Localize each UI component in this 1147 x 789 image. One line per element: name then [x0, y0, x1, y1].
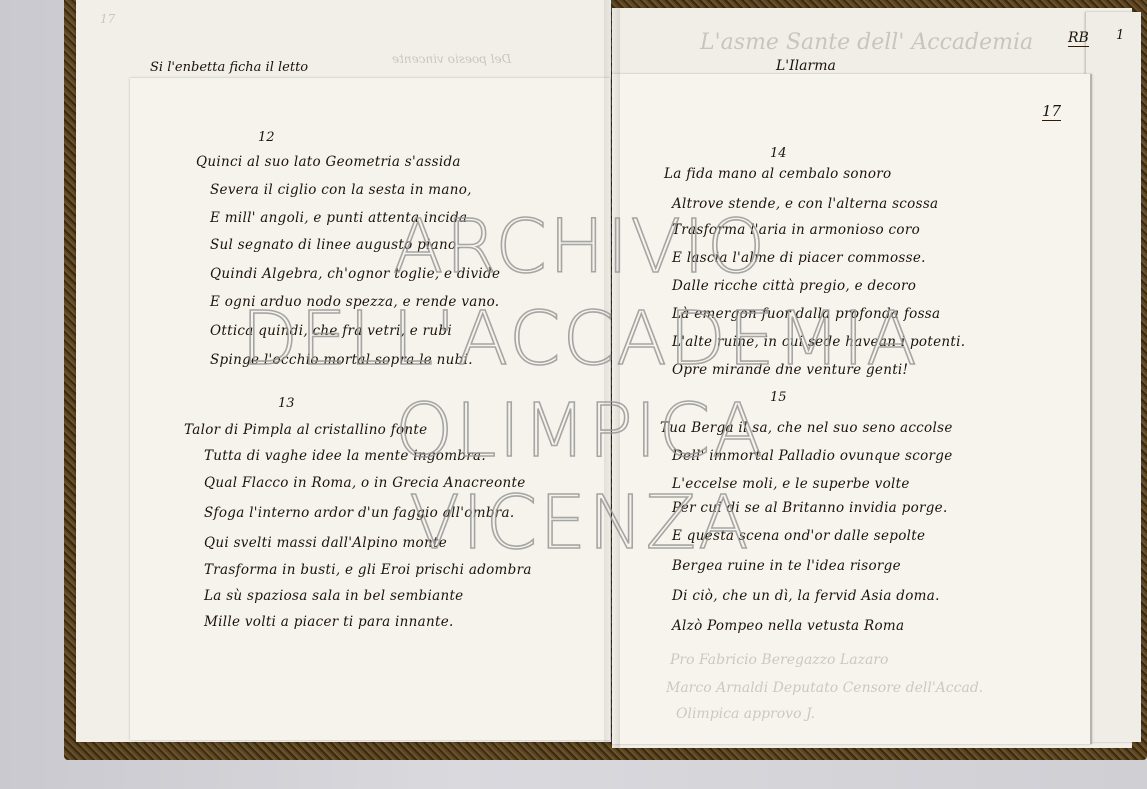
verse-line: L'alte ruine, in cui sede havean i poten… [672, 334, 965, 350]
verse-line: E mill' angoli, e punti attenta incida [210, 210, 467, 226]
verse-line: Bergea ruine in te l'idea risorge [672, 558, 901, 574]
verse-line: Alzò Pompeo nella vetusta Roma [672, 618, 904, 634]
verse-line: Ottica quindi, che fra vetri, e rubi [210, 323, 452, 339]
approval-note-line: Marco Arnaldi Deputato Censore dell'Acca… [666, 680, 983, 696]
stanza-number: 14 [770, 146, 787, 161]
verse-line: Opre mirande dne venture genti! [672, 362, 908, 378]
stanza-number: 13 [278, 396, 295, 411]
verse-line: Altrove stende, e con l'alterna scossa [672, 196, 938, 212]
verse-line: Trasforma in busti, e gli Eroi prischi a… [204, 562, 532, 578]
left-corner-mark: 17 [100, 12, 115, 26]
left-header-note: Si l'enbetta ficha il letto [150, 60, 308, 75]
verse-line: La sù spaziosa sala in bel sembiante [204, 588, 463, 604]
verse-line: E lascia l'alme di piacer commosse. [672, 250, 926, 266]
verse-line: Tua Berga il sa, che nel suo seno accols… [660, 420, 953, 436]
left-front-page [130, 78, 610, 740]
verse-line: Dalle ricche città pregio, e decoro [672, 278, 916, 294]
verse-line: Quindi Algebra, ch'ognor toglie, e divid… [210, 266, 500, 282]
approval-note-line: Olimpica approvo J. [676, 706, 815, 722]
folio-number: 17 [1042, 102, 1061, 121]
right-corner-mark: RB [1068, 30, 1089, 47]
verse-line: Qual Flacco in Roma, o in Grecia Anacreo… [204, 475, 526, 491]
verse-line: Dell' immortal Palladio ovunque scorge [672, 448, 952, 464]
verse-line: Sfoga l'interno ardor d'un faggio all'om… [204, 505, 514, 521]
right-faint-header: L'asme Sante dell' Accademia [700, 30, 1033, 55]
stanza-number: 15 [770, 390, 787, 405]
verse-line: Trasforma l'aria in armonioso coro [672, 222, 920, 238]
verse-line: Talor di Pimpla al cristallino fonte [184, 422, 427, 438]
right-edge-leaves [1085, 12, 1141, 742]
verse-line: Per cui di se al Britanno invidia porge. [672, 500, 948, 516]
verse-line: Tutta di vaghe idee la mente ingombra. [204, 448, 486, 464]
stanza-number: 12 [258, 130, 275, 145]
verse-line: Sul segnato di linee augusto piano. [210, 237, 461, 253]
verse-line: E questa scena ond'or dalle sepolte [672, 528, 925, 544]
edge-mark: 1 [1116, 28, 1124, 43]
left-faint-header: Del poesio vincente [392, 52, 511, 66]
verse-line: La fida mano al cembalo sonoro [664, 166, 891, 182]
right-header-title: L'Ilarma [776, 58, 836, 74]
verse-line: Mille volti a piacer ti para innante. [204, 614, 454, 630]
verse-line: Spinge l'occhio mortal sopra le nubi. [210, 352, 473, 368]
approval-note-line: Pro Fabricio Beregazzo Lazaro [670, 652, 888, 668]
verse-line: Di ciò, che un dì, la fervid Asia doma. [672, 588, 940, 604]
verse-line: E ogni arduo nodo spezza, e rende vano. [210, 294, 499, 310]
verse-line: Severa il ciglio con la sesta in mano, [210, 182, 472, 198]
verse-line: Qui svelti massi dall'Alpino monte [204, 535, 447, 551]
book-gutter [604, 0, 620, 748]
verse-line: L'eccelse moli, e le superbe volte [672, 476, 910, 492]
verse-line: Là emergon fuor dalla profonda fossa [672, 306, 940, 322]
verse-line: Quinci al suo lato Geometria s'assida [196, 154, 461, 170]
